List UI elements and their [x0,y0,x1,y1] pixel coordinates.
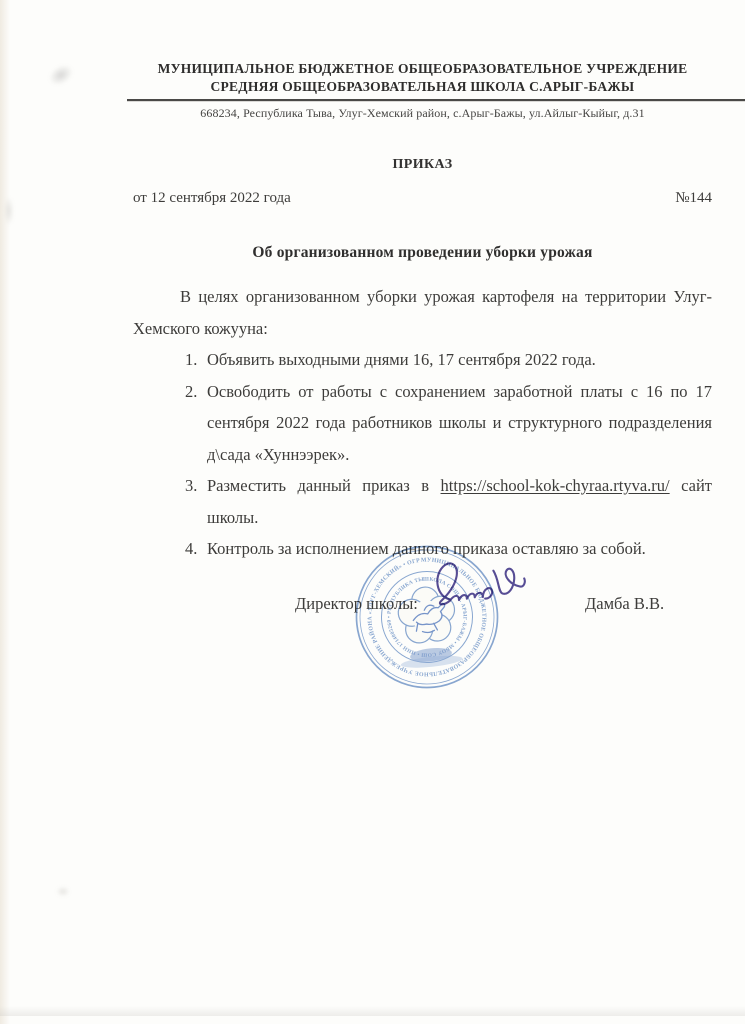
order-item-2: 2. Освободить от работы с сохранением за… [133,376,712,471]
item-number: 2. [185,376,197,408]
document-content: МУНИЦИПАЛЬНОЕ БЮДЖЕТНОЕ ОБЩЕОБРАЗОВАТЕЛЬ… [0,0,745,624]
scan-edge-bottom [0,1006,745,1016]
org-name-line2: СРЕДНЯЯ ОБЩЕОБРАЗОВАТЕЛЬНАЯ ШКОЛА С.АРЫГ… [133,78,712,96]
signature-name: Дамба В.В. [585,592,664,616]
school-site-link: https://school-kok-chyraa.rtyva.ru/ [441,476,670,495]
scanned-document-page: МУНИЦИПАЛЬНОЕ БЮДЖЕТНОЕ ОБЩЕОБРАЗОВАТЕЛЬ… [0,0,745,1024]
item-text: Освободить от работы с сохранением зараб… [207,382,712,464]
org-address: 668234, Республика Тыва, Улуг-Хемский ра… [133,106,712,121]
item-text-prefix: Разместить данный приказ в [207,476,441,495]
order-item-1: 1. Объявить выходными днями 16, 17 сентя… [133,344,712,376]
order-heading: ПРИКАЗ [133,155,712,175]
order-number: №144 [675,187,712,209]
item-number: 1. [185,344,197,376]
item-text: Объявить выходными днями 16, 17 сентября… [207,350,596,369]
letterhead: МУНИЦИПАЛЬНОЕ БЮДЖЕТНОЕ ОБЩЕОБРАЗОВАТЕЛЬ… [133,60,712,96]
order-item-3: 3. Разместить данный приказ в https://sc… [133,470,712,533]
order-date: от 12 сентября 2022 года [133,187,291,209]
order-date-row: от 12 сентября 2022 года №144 [133,187,712,209]
item-number: 4. [185,533,197,565]
org-name-line1: МУНИЦИПАЛЬНОЕ БЮДЖЕТНОЕ ОБЩЕОБРАЗОВАТЕЛЬ… [133,60,712,78]
intro-paragraph: В целях организованном уборки урожая кар… [133,281,712,344]
scan-smudge [56,886,70,897]
order-subject: Об организованном проведении уборки урож… [133,242,712,264]
item-number: 3. [185,470,197,502]
